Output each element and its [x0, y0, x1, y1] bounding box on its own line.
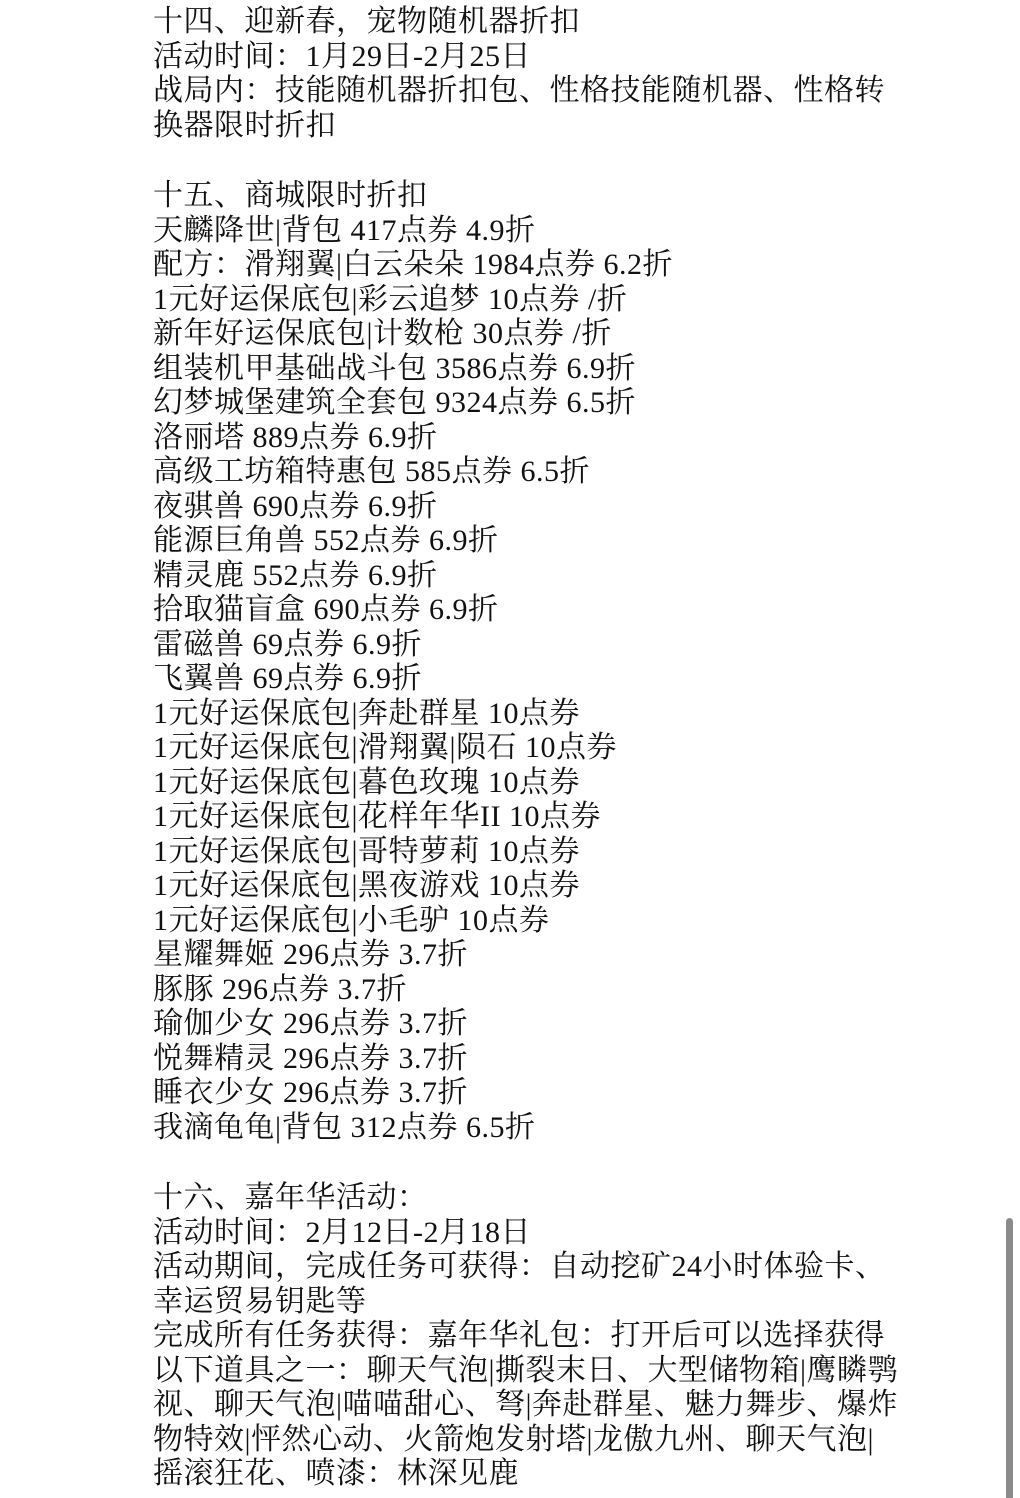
section-title: 十六、嘉年华活动： — [153, 1181, 1020, 1216]
shop-item-line: 幻梦城堡建筑全套包 9324点券 6.5折 — [153, 386, 1020, 421]
text-line: 幸运贸易钥匙等 — [153, 1285, 1020, 1320]
shop-item-line: 组装机甲基础战斗包 3586点券 6.9折 — [153, 352, 1020, 387]
text-line: 活动时间：2月12日-2月18日 — [153, 1216, 1020, 1251]
shop-item-line: 雷磁兽 69点券 6.9折 — [153, 628, 1020, 663]
shop-item-line: 精灵鹿 552点券 6.9折 — [153, 559, 1020, 594]
shop-item-line: 夜骐兽 690点券 6.9折 — [153, 490, 1020, 525]
shop-item-line: 新年好运保底包|计数枪 30点券 /折 — [153, 317, 1020, 352]
shop-item-line: 豚豚 296点券 3.7折 — [153, 973, 1020, 1008]
shop-item-line: 瑜伽少女 296点券 3.7折 — [153, 1007, 1020, 1042]
text-line: 视、聊天气泡|喵喵甜心、弩|奔赴群星、魅力舞步、爆炸 — [153, 1388, 1020, 1423]
text-line: 换器限时折扣 — [153, 109, 1020, 144]
text-line: 战局内：技能随机器折扣包、性格技能随机器、性格转 — [153, 74, 1020, 109]
shop-item-line: 飞翼兽 69点券 6.9折 — [153, 662, 1020, 697]
shop-item-line: 1元好运保底包|哥特萝莉 10点券 — [153, 835, 1020, 870]
shop-item-line: 我滴龟龟|背包 312点券 6.5折 — [153, 1111, 1020, 1146]
shop-item-line: 高级工坊箱特惠包 585点券 6.5折 — [153, 455, 1020, 490]
shop-item-line: 天麟降世|背包 417点券 4.9折 — [153, 214, 1020, 249]
shop-item-line: 1元好运保底包|滑翔翼|陨石 10点券 — [153, 731, 1020, 766]
shop-item-line: 1元好运保底包|黑夜游戏 10点券 — [153, 869, 1020, 904]
section-title: 十四、迎新春，宠物随机器折扣 — [153, 5, 1020, 40]
shop-item-line: 拾取猫盲盒 690点券 6.9折 — [153, 593, 1020, 628]
section-15-shop-limited-time-discount: 十五、商城限时折扣 天麟降世|背包 417点券 4.9折 配方：滑翔翼|白云朵朵… — [153, 179, 1020, 1145]
text-line: 物特效|怦然心动、火箭炮发射塔|龙傲九州、聊天气泡| — [153, 1423, 1020, 1458]
text-line: 活动时间：1月29日-2月25日 — [153, 40, 1020, 75]
text-line: 活动期间，完成任务可获得：自动挖矿24小时体验卡、 — [153, 1250, 1020, 1285]
shop-item-line: 星耀舞姬 296点券 3.7折 — [153, 938, 1020, 973]
document-content: 十四、迎新春，宠物随机器折扣 活动时间：1月29日-2月25日 战局内：技能随机… — [0, 0, 1020, 1492]
section-14-pet-randomizer-discount: 十四、迎新春，宠物随机器折扣 活动时间：1月29日-2月25日 战局内：技能随机… — [153, 5, 1020, 143]
section-title: 十五、商城限时折扣 — [153, 179, 1020, 214]
shop-item-line: 1元好运保底包|彩云追梦 10点券 /折 — [153, 283, 1020, 318]
shop-item-line: 1元好运保底包|暮色玫瑰 10点券 — [153, 766, 1020, 801]
shop-item-line: 配方：滑翔翼|白云朵朵 1984点券 6.2折 — [153, 248, 1020, 283]
text-line: 以下道具之一：聊天气泡|撕裂末日、大型储物箱|鹰瞵鹗 — [153, 1354, 1020, 1389]
text-line: 摇滚狂花、喷漆：林深见鹿 — [153, 1457, 1020, 1492]
shop-item-line: 洛丽塔 889点券 6.9折 — [153, 421, 1020, 456]
shop-item-line: 1元好运保底包|小毛驴 10点券 — [153, 904, 1020, 939]
shop-item-line: 能源巨角兽 552点券 6.9折 — [153, 524, 1020, 559]
text-line: 完成所有任务获得：嘉年华礼包：打开后可以选择获得 — [153, 1319, 1020, 1354]
section-16-carnival-event: 十六、嘉年华活动： 活动时间：2月12日-2月18日 活动期间，完成任务可获得：… — [153, 1181, 1020, 1492]
shop-item-line: 1元好运保底包|奔赴群星 10点券 — [153, 697, 1020, 732]
shop-item-line: 1元好运保底包|花样年华II 10点券 — [153, 800, 1020, 835]
shop-item-line: 悦舞精灵 296点券 3.7折 — [153, 1042, 1020, 1077]
shop-item-line: 睡衣少女 296点券 3.7折 — [153, 1076, 1020, 1111]
scrollbar-thumb[interactable] — [1006, 1218, 1013, 1498]
